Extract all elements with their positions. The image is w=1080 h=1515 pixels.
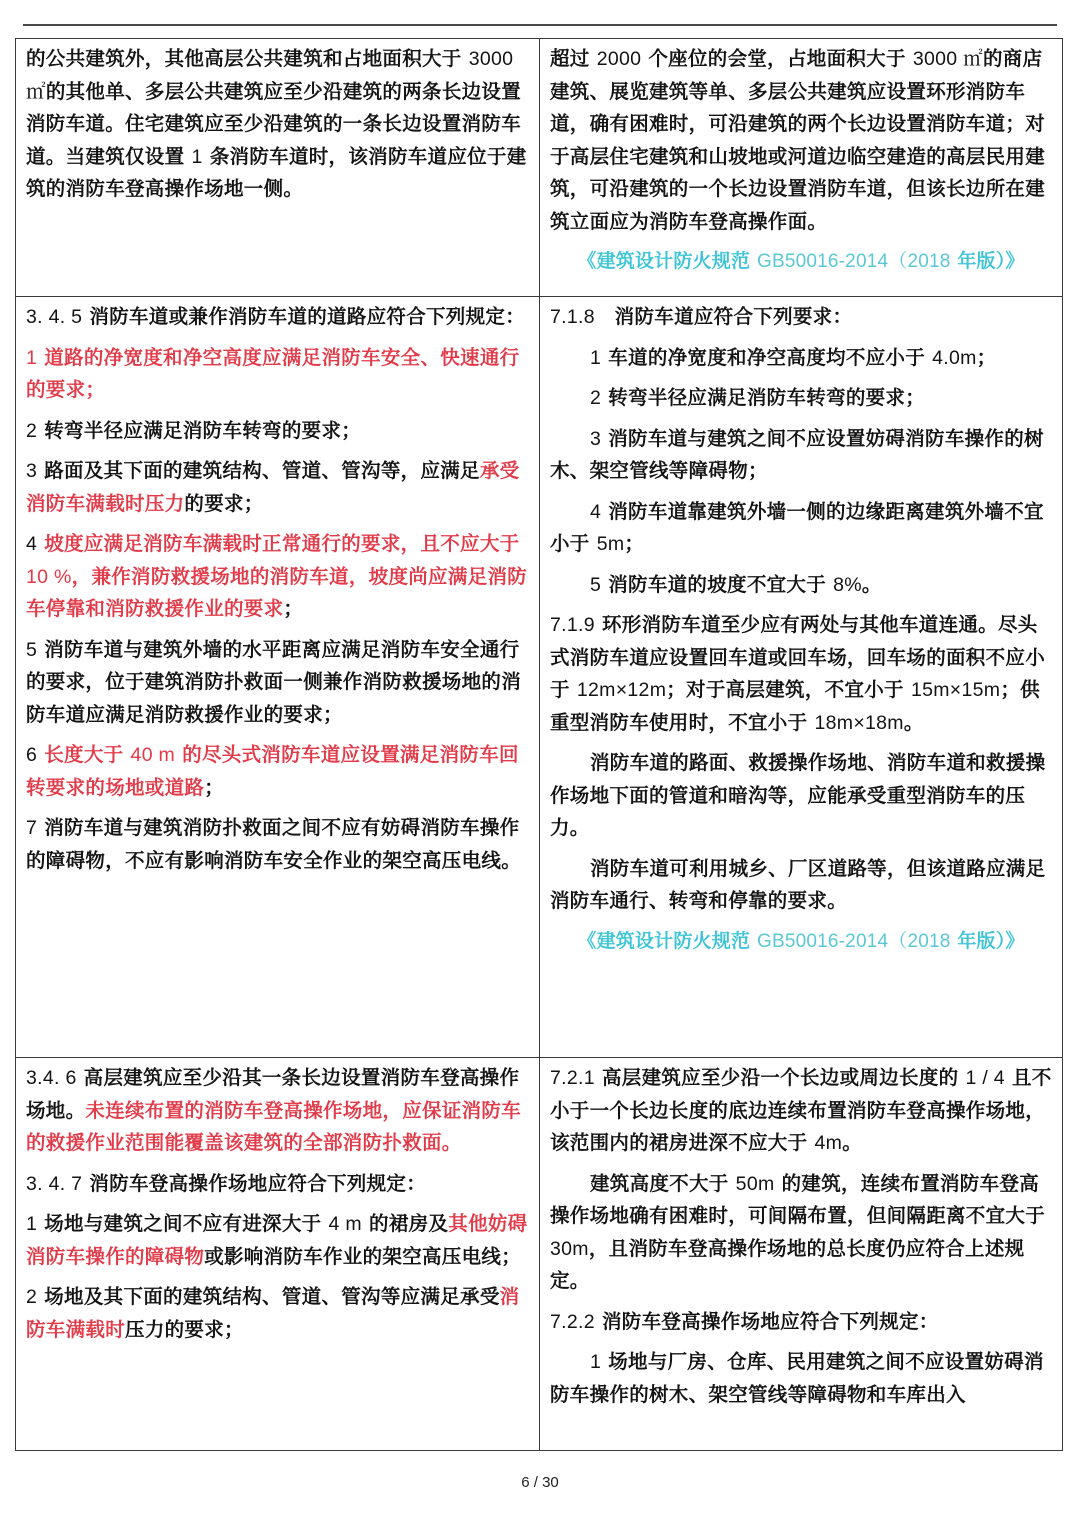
text-run: 年版）》	[951, 250, 1025, 272]
text-run: ，且消防车登高操作场地的总长度仍应符合上述规定。	[550, 1237, 1024, 1293]
text-run: 5m	[597, 533, 625, 555]
highlighted-text: 1	[26, 347, 37, 369]
text-run: ；	[283, 597, 303, 620]
text-run: 场地与厂房、仓库、民用建筑之间不应设置妨碍消防车操作的树木、架空管线等障碍物和车…	[550, 1350, 1044, 1406]
paragraph: 7.1.8 消防车道应符合下列要求：	[550, 301, 1052, 334]
text-run: 消防车道与建筑之间不应设置妨碍消防车操作的树木、架空管线等障碍物；	[550, 427, 1044, 483]
text-run: 2	[590, 387, 601, 409]
header-rule	[23, 24, 1057, 26]
paragraph: 7.2.1 高层建筑应至少沿一个长边或周边长度的 1 / 4 且不小于一个长边长…	[550, 1062, 1052, 1160]
paragraph: 5 消防车道的坡度不宜大于 8%。	[550, 569, 1052, 602]
text-run: ；对于高层建筑，不宜小于	[666, 678, 911, 701]
text-run: 5	[26, 639, 37, 661]
text-run: 15m×15m	[911, 679, 1000, 701]
paragraph: 3. 4. 7 消防车登高操作场地应符合下列规定：	[26, 1168, 529, 1201]
highlighted-text: 长度大于	[37, 743, 130, 766]
paragraph: 4 消防车道靠建筑外墙一侧的边缘距离建筑外墙不宜小于 5m；	[550, 496, 1052, 561]
text-run: 3000 ㎡	[913, 48, 983, 70]
paragraph: 7 消防车道与建筑消防扑救面之间不应有妨碍消防车操作的障碍物，不应有影响消防车安…	[26, 812, 529, 877]
text-run: 车道的净宽度和净空高度均不应小于	[601, 346, 932, 369]
text-run: 2	[26, 420, 37, 442]
text-run: 消防车道可利用城乡、厂区道路等，但该道路应满足消防车通行、转弯和停靠的要求。	[550, 857, 1045, 913]
text-run: 消防车道与建筑消防扑救面之间不应有妨碍消防车操作的障碍物，不应有影响消防车安全作…	[26, 816, 521, 872]
text-run: 1	[26, 1213, 37, 1235]
text-run: 转弯半径应满足消防车转弯的要求；	[37, 419, 361, 442]
text-run: 。	[862, 573, 882, 596]
text-run: 3. 4. 7	[26, 1173, 82, 1195]
paragraph: 7.1.9 环形消防车道至少应有两处与其他车道连通。尽头式消防车道应设置回车道或…	[550, 609, 1052, 739]
paragraph: 2 转弯半径应满足消防车转弯的要求；	[26, 415, 529, 448]
paragraph: 1 车道的净宽度和净空高度均不应小于 4.0m；	[550, 342, 1052, 375]
text-run: 个座位的会堂，占地面积大于	[641, 47, 913, 70]
text-run: 的商店建筑、展览建筑等单、多层公共建筑应设置环形消防车道，确有困难时，可沿建筑的…	[550, 47, 1045, 233]
text-run: 消防车道或兼作消防车道的道路应符合下列规定：	[82, 305, 525, 328]
text-run: 转弯半径应满足消防车转弯的要求；	[601, 386, 925, 409]
highlighted-text: 未连续布置的消防车登高操作场地，应保证消防车的救援作业范围能覆盖该建筑的全部消防…	[26, 1099, 521, 1155]
text-run: ；	[624, 532, 644, 555]
paragraph: 的公共建筑外，其他高层公共建筑和占地面积大于 3000 ㎡的其他单、多层公共建筑…	[26, 43, 529, 206]
text-run: 消防车道的路面、救援操作场地、消防车道和救援操作场地下面的管道和暗沟等，应能承受…	[550, 751, 1045, 839]
paragraph: 1 场地与建筑之间不应有进深大于 4 m 的裙房及其他妨碍消防车操作的障碍物或影…	[26, 1208, 529, 1273]
paragraph: 2 场地及其下面的建筑结构、管道、管沟等应满足承受消防车满载时压力的要求；	[26, 1281, 529, 1346]
text-run: 消防车道与建筑外墙的水平距离应满足消防车安全通行的要求，位于建筑消防扑救面一侧兼…	[26, 638, 521, 726]
paragraph: 5 消防车道与建筑外墙的水平距离应满足消防车安全通行的要求，位于建筑消防扑救面一…	[26, 634, 529, 732]
text-run: 的裙房及	[362, 1212, 448, 1235]
text-run: 路面及其下面的建筑结构、管道、管沟等，应满足	[37, 459, 480, 482]
table-cell-right: 7.1.8 消防车道应符合下列要求：1 车道的净宽度和净空高度均不应小于 4.0…	[540, 297, 1063, 1058]
text-run: 场地与建筑之间不应有进深大于	[37, 1212, 328, 1235]
paragraph: 4 坡度应满足消防车满载时正常通行的要求，且不应大于 10 %，兼作消防救援场地…	[26, 528, 529, 626]
text-run: 1	[590, 347, 601, 369]
text-run: 3	[26, 460, 37, 482]
text-run: 年版）》	[951, 930, 1025, 952]
text-run: 《建筑设计防火规范	[577, 250, 757, 272]
text-run: 2	[26, 1286, 37, 1308]
text-run: GB50016-2014（2018	[757, 931, 951, 952]
paragraph: 3. 4. 5 消防车道或兼作消防车道的道路应符合下列规定：	[26, 301, 529, 334]
text-run: 2000	[597, 48, 642, 70]
paragraph: 7.2.2 消防车登高操作场地应符合下列规定：	[550, 1306, 1052, 1339]
text-run: 的要求；	[184, 492, 263, 515]
text-run: 消防车道应符合下列要求：	[595, 305, 852, 328]
text-run: 建筑高度不大于	[590, 1172, 736, 1195]
text-run: 高层建筑应至少沿一个长边或周边长度的	[595, 1066, 966, 1089]
highlighted-text: 坡度应满足消防车满载时正常通行的要求，且不应大于	[37, 532, 519, 555]
text-run: 1 / 4	[965, 1067, 1004, 1089]
text-run: GB50016-2014（2018	[757, 251, 951, 272]
paragraph: 消防车道可利用城乡、厂区道路等，但该道路应满足消防车通行、转弯和停靠的要求。	[550, 853, 1052, 918]
text-run: 7.1.8	[550, 306, 595, 328]
paragraph: 1 道路的净宽度和净空高度应满足消防车安全、快速通行的要求；	[26, 342, 529, 407]
highlighted-text: 40 m	[131, 744, 176, 766]
text-run: 4m	[815, 1132, 843, 1154]
text-run: 18m×18m	[815, 712, 904, 734]
paragraph: 3.4. 6 高层建筑应至少沿其一条长边设置消防车登高操作场地。未连续布置的消防…	[26, 1062, 529, 1160]
text-run: 7.2.1	[550, 1067, 595, 1089]
highlighted-text: 道路的净宽度和净空高度应满足消防车安全、快速通行的要求；	[26, 346, 519, 402]
text-run: 消防车登高操作场地应符合下列规定：	[595, 1310, 939, 1333]
text-run: 压力的要求；	[125, 1318, 244, 1341]
paragraph: 消防车道的路面、救援操作场地、消防车道和救援操作场地下面的管道和暗沟等，应能承受…	[550, 747, 1052, 845]
text-run: 7.2.2	[550, 1311, 595, 1333]
text-run: 消防车登高操作场地应符合下列规定：	[82, 1172, 426, 1195]
paragraph: 2 转弯半径应满足消防车转弯的要求；	[550, 382, 1052, 415]
text-run: 或影响消防车作业的架空高压电线；	[204, 1245, 521, 1268]
text-run: ；	[977, 346, 997, 369]
text-run: 1	[192, 146, 203, 168]
text-run: 12m×12m	[577, 679, 666, 701]
table-cell-left: 3.4. 6 高层建筑应至少沿其一条长边设置消防车登高操作场地。未连续布置的消防…	[16, 1058, 540, 1451]
table-row: 3.4. 6 高层建筑应至少沿其一条长边设置消防车登高操作场地。未连续布置的消防…	[16, 1058, 1063, 1451]
table-cell-left: 3. 4. 5 消防车道或兼作消防车道的道路应符合下列规定：1 道路的净宽度和净…	[16, 297, 540, 1058]
text-run: 。	[904, 711, 924, 734]
text-run: 4.0m	[932, 347, 977, 369]
text-run: 《建筑设计防火规范	[577, 930, 757, 952]
highlighted-text: 10 %	[26, 566, 72, 588]
citation-source: 《建筑设计防火规范 GB50016-2014（2018 年版）》	[550, 926, 1052, 957]
table-cell-right: 7.2.1 高层建筑应至少沿一个长边或周边长度的 1 / 4 且不小于一个长边长…	[540, 1058, 1063, 1451]
text-run: ；	[204, 776, 224, 799]
text-run: 4	[26, 533, 37, 555]
highlighted-text: ，兼作消防救援场地的消防车道，坡度尚应满足消防车停靠和消防救援作业的要求	[26, 565, 527, 621]
text-run: 4 m	[329, 1213, 362, 1235]
text-run: 6	[26, 744, 37, 766]
text-run: 超过	[550, 47, 597, 70]
paragraph: 建筑高度不大于 50m 的建筑，连续布置消防车登高操作场地确有困难时，可间隔布置…	[550, 1168, 1052, 1298]
text-run: 消防车道的坡度不宜大于	[601, 573, 833, 596]
citation-source: 《建筑设计防火规范 GB50016-2014（2018 年版）》	[550, 246, 1052, 277]
paragraph: 超过 2000 个座位的会堂，占地面积大于 3000 ㎡的商店建筑、展览建筑等单…	[550, 43, 1052, 238]
table-cell-left: 的公共建筑外，其他高层公共建筑和占地面积大于 3000 ㎡的其他单、多层公共建筑…	[16, 39, 540, 297]
text-run: 3.4. 6	[26, 1067, 77, 1089]
text-run: 。	[842, 1131, 862, 1154]
page-number: 6 / 30	[0, 1474, 1080, 1491]
text-run: 3	[590, 428, 601, 450]
table-row: 的公共建筑外，其他高层公共建筑和占地面积大于 3000 ㎡的其他单、多层公共建筑…	[16, 39, 1063, 297]
text-run: 7.1.9	[550, 614, 595, 636]
paragraph: 6 长度大于 40 m 的尽头式消防车道应设置满足消防车回转要求的场地或道路；	[26, 739, 529, 804]
text-run: 5	[590, 574, 601, 596]
text-run: 30m	[550, 1238, 589, 1260]
paragraph: 3 路面及其下面的建筑结构、管道、管沟等，应满足承受消防车满载时压力的要求；	[26, 455, 529, 520]
text-run: 7	[26, 817, 37, 839]
text-run: 1	[590, 1351, 601, 1373]
paragraph: 1 场地与厂房、仓库、民用建筑之间不应设置妨碍消防车操作的树木、架空管线等障碍物…	[550, 1346, 1052, 1411]
text-run: 4	[590, 501, 601, 523]
text-run: 场地及其下面的建筑结构、管道、管沟等应满足承受	[37, 1285, 500, 1308]
text-run: 8%	[833, 574, 862, 596]
text-run: 50m	[736, 1173, 775, 1195]
text-run: 的公共建筑外，其他高层公共建筑和占地面积大于	[26, 47, 469, 70]
table-cell-right: 超过 2000 个座位的会堂，占地面积大于 3000 ㎡的商店建筑、展览建筑等单…	[540, 39, 1063, 297]
comparison-table: 的公共建筑外，其他高层公共建筑和占地面积大于 3000 ㎡的其他单、多层公共建筑…	[15, 38, 1063, 1451]
paragraph: 3 消防车道与建筑之间不应设置妨碍消防车操作的树木、架空管线等障碍物；	[550, 423, 1052, 488]
text-run: 3. 4. 5	[26, 306, 82, 328]
table-row: 3. 4. 5 消防车道或兼作消防车道的道路应符合下列规定：1 道路的净宽度和净…	[16, 297, 1063, 1058]
